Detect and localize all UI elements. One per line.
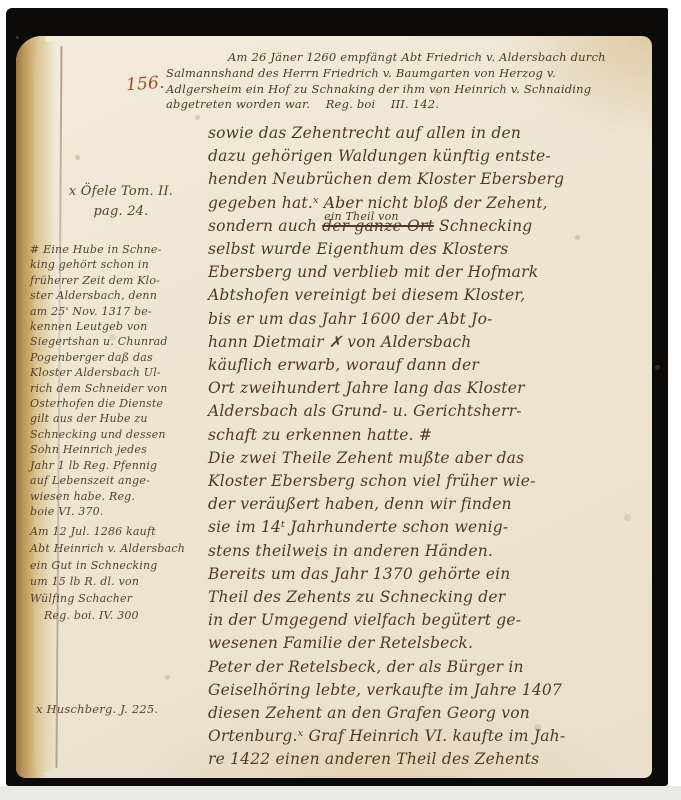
margin-note-line: Siegertshan u. Chunrad [30, 334, 210, 349]
margin-note-line: Kloster Aldersbach Ul- [30, 365, 210, 380]
margin-citation-line: x Öfele Tom. II. [46, 182, 196, 202]
header-line: abgetreten worden war. Reg. boi III. 142… [166, 97, 658, 113]
margin-note-line: Jahr 1 lb Reg. Pfennig [30, 458, 210, 473]
margin-note-line: rich dem Schneider von [30, 381, 210, 396]
margin-citation-oefele: x Öfele Tom. II. pag. 24. [46, 182, 196, 222]
margin-note-line: am 25' Nov. 1317 be- [30, 304, 210, 319]
manuscript-line: dazu gehörigen Waldungen künftig entste- [208, 145, 664, 168]
manuscript-line: schaft zu erkennen hatte. # [208, 424, 664, 447]
margin-note-line: Abt Heinrich v. Aldersbach [30, 541, 210, 558]
margin-citation-line: pag. 24. [46, 202, 196, 222]
page-number: 156. [125, 73, 165, 96]
manuscript-line: henden Neubrüchen dem Kloster Ebersberg [208, 168, 664, 191]
manuscript-line: Peter der Retelsbeck, der als Bürger in [208, 656, 664, 679]
manuscript-page: 156. Am 26 Jäner 1260 empfängt Abt Fried… [16, 36, 652, 778]
margin-note-purchase-1286: Am 12 Jul. 1286 kauft Abt Heinrich v. Al… [30, 524, 210, 625]
margin-note-line: kennen Leutgeb von [30, 319, 210, 334]
manuscript-line: Abtshofen vereinigt bei diesem Kloster, [208, 284, 664, 307]
manuscript-line: sie im 14ᵗ Jahrhunderte schon wenig- [208, 516, 664, 539]
margin-note-line: king gehört schon in [30, 257, 210, 272]
manuscript-line: selbst wurde Eigenthum des Klosters [208, 238, 664, 261]
margin-note-hube-1317: # Eine Hube in Schne- king gehört schon … [30, 242, 210, 519]
margin-citation-huschberg: x Huschberg. J. 225. [36, 702, 158, 716]
margin-note-line: um 15 lb R. dl. von [30, 574, 210, 591]
margin-note-line: auf Lebenszeit ange- [30, 473, 210, 488]
margin-note-line: früherer Zeit dem Klo- [30, 273, 210, 288]
margin-note-line: ster Aldersbach, denn [30, 288, 210, 303]
margin-note-line: Am 12 Jul. 1286 kauft [30, 524, 210, 541]
margin-note-line: gilt aus der Hube zu [30, 411, 210, 426]
margin-note-line: Schnecking und dessen [30, 427, 210, 442]
manuscript-line: wesenen Familie der Retelsbeck. [208, 632, 664, 655]
manuscript-line: in der Umgegend vielfach begütert ge- [208, 609, 664, 632]
manuscript-line: der veräußert haben, denn wir finden [208, 493, 664, 516]
manuscript-line: Aldersbach als Grund- u. Gerichtsherr- [208, 400, 664, 423]
manuscript-line: stens theilweis in anderen Händen. [208, 540, 664, 563]
foxing-spots [16, 36, 19, 39]
manuscript-line: Ort zweihundert Jahre lang das Kloster [208, 377, 664, 400]
manuscript-line: Geiselhöring lebte, verkaufte im Jahre 1… [208, 679, 664, 702]
header-regest-note: Am 26 Jäner 1260 empfängt Abt Friedrich … [166, 50, 658, 113]
manuscript-line: Bereits um das Jahr 1370 gehörte ein [208, 563, 664, 586]
manuscript-line: sowie das Zehentrecht auf allen in den [208, 122, 664, 145]
header-line: Adlgersheim ein Hof zu Schnaking der ihm… [166, 82, 658, 98]
correction-wrap: der ganze Ortein Theil von [322, 217, 434, 235]
margin-note-line: Pogenberger daß das [30, 350, 210, 365]
interlinear-insertion: ein Theil von [324, 205, 399, 228]
margin-note-line: boie VI. 370. [30, 504, 210, 519]
manuscript-line: bis er um das Jahr 1600 der Abt Jo- [208, 308, 664, 331]
manuscript-line: Ebersberg und verblieb mit der Hofmark [208, 261, 664, 284]
margin-note-line: ein Gut in Schnecking [30, 558, 210, 575]
scan-bottom-strip [0, 786, 681, 800]
scanned-book-page: 156. Am 26 Jäner 1260 empfängt Abt Fried… [0, 0, 681, 800]
manuscript-line: käuflich erwarb, worauf dann der [208, 354, 664, 377]
manuscript-line: hann Dietmair ✗ von Aldersbach [208, 331, 664, 354]
margin-note-line: Sohn Heinrich jedes [30, 442, 210, 457]
manuscript-line: diesen Zehent an den Grafen Georg von [208, 702, 664, 725]
manuscript-line: Kloster Ebersberg schon viel früher wie- [208, 470, 664, 493]
margin-note-line: Osterhofen die Dienste [30, 396, 210, 411]
main-text-block: sowie das Zehentrecht auf allen in den d… [208, 122, 664, 772]
manuscript-line: Ortenburg.ˣ Graf Heinrich VI. kaufte im … [208, 725, 664, 748]
manuscript-line: Theil des Zehents zu Schnecking der [208, 586, 664, 609]
manuscript-line: re 1422 einen anderen Theil des Zehents [208, 748, 664, 771]
margin-note-line: # Eine Hube in Schne- [30, 242, 210, 257]
margin-note-line: Wülfing Schacher [30, 591, 210, 608]
manuscript-line: gegeben hat.ˣ Aber nicht bloß der Zehent… [208, 192, 664, 215]
manuscript-line: Die zwei Theile Zehent mußte aber das [208, 447, 664, 470]
margin-note-line: wiesen habe. Reg. [30, 489, 210, 504]
manuscript-line-with-correction: sondern auch der ganze Ortein Theil von … [208, 215, 664, 238]
line-pre-text: sondern auch [208, 217, 322, 235]
header-line: Am 26 Jäner 1260 empfängt Abt Friedrich … [166, 50, 658, 66]
line-post-text: Schnecking [434, 217, 533, 235]
margin-note-line: Reg. boi. IV. 300 [30, 608, 210, 625]
header-line: Salmannshand des Herrn Friedrich v. Baum… [166, 66, 658, 82]
